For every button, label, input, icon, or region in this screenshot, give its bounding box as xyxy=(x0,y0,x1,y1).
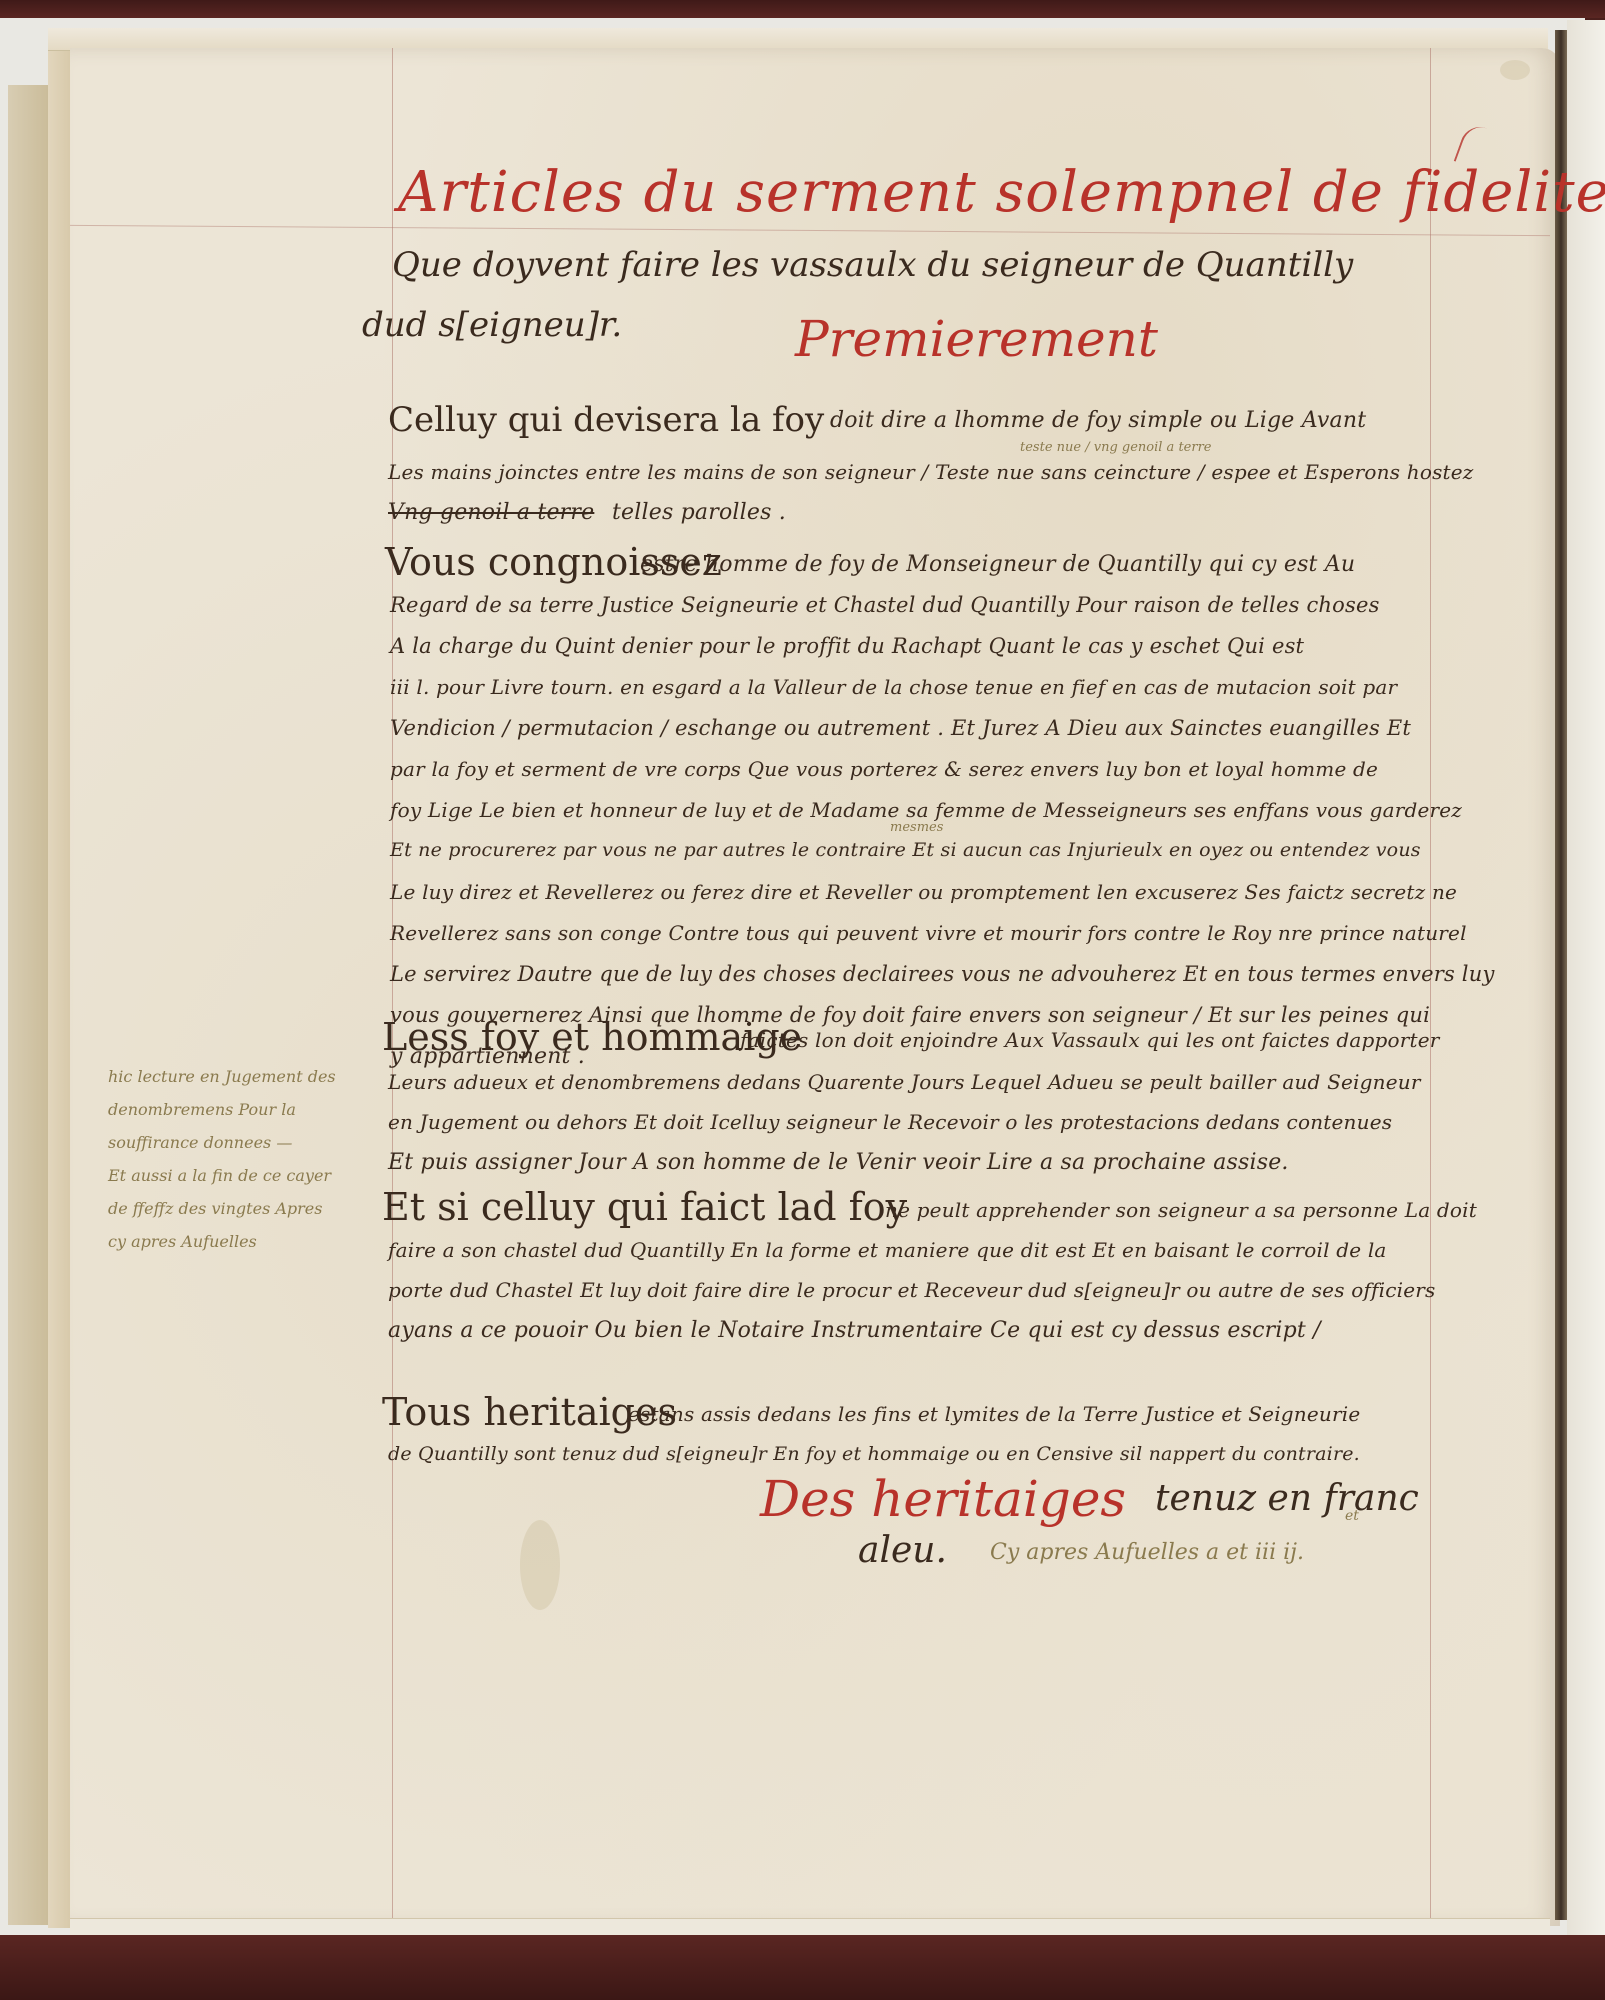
paragraph-lead: Et si celluy qui faict lad foy xyxy=(382,1185,907,1229)
text-line: par la foy et serment de vre corps Que v… xyxy=(390,757,1378,781)
facing-page-edge xyxy=(1567,20,1605,1935)
annotation-superscript: et xyxy=(1345,1508,1359,1524)
text-line: Revellerez sans son conge Contre tous qu… xyxy=(390,921,1467,945)
text-line: A la charge du Quint denier pour le prof… xyxy=(390,634,1304,658)
heading-continuation: tenuz en franc xyxy=(1155,1478,1419,1519)
subtitle-continuation: dud s[eigneu]r. xyxy=(362,305,622,345)
margin-note-line: cy apres Aufuelles xyxy=(108,1225,336,1258)
text-line: faire a son chastel dud Quantilly En la … xyxy=(388,1238,1387,1262)
text-line: iii l. pour Livre tourn. en esgard a la … xyxy=(390,675,1397,699)
text-line: estans assis dedans les fins et lymites … xyxy=(628,1402,1360,1426)
binding-cover-bottom xyxy=(0,1935,1605,2000)
text-line: Leurs adueux et denombremens dedans Quar… xyxy=(388,1070,1421,1094)
paragraph-lead: Celluy qui devisera la foy xyxy=(388,400,824,440)
interlinear-insertion: teste nue / vng genoil a terre xyxy=(1020,440,1211,455)
heading-premierement: Premierement xyxy=(795,310,1158,368)
text-line: ayans a ce pouoir Ou bien le Notaire Ins… xyxy=(388,1318,1321,1343)
text-line: telles parolles . xyxy=(612,500,786,525)
text-line: foy Lige Le bien et honneur de luy et de… xyxy=(390,798,1462,822)
text-line: ne peult apprehender son seigneur a sa p… xyxy=(885,1198,1477,1222)
text-line: de Quantilly sont tenuz dud s[eigneu]r E… xyxy=(388,1443,1360,1465)
text-line: en Jugement ou dehors Et doit Icelluy se… xyxy=(388,1110,1392,1134)
text-line: Vendicion / permutacion / eschange ou au… xyxy=(390,716,1411,740)
margin-note-line: souffirance donnees — xyxy=(108,1126,336,1159)
margin-note-line: denombremens Pour la xyxy=(108,1093,336,1126)
rubric-title: Articles du serment solempnel de fidelit… xyxy=(398,160,1605,225)
text-line: Et ne procurerez par vous ne par autres … xyxy=(390,839,1421,861)
interlinear-insertion: mesmes xyxy=(890,820,943,835)
subtitle-line: Que doyvent faire les vassaulx du seigne… xyxy=(392,245,1353,285)
text-line: faictes lon doit enjoindre Aux Vassaulx … xyxy=(740,1028,1440,1052)
later-annotation: Cy apres Aufuelles a et iii ij. xyxy=(990,1540,1304,1565)
text-line: Le servirez Dautre que de luy des choses… xyxy=(390,962,1495,986)
text-line: Le luy direz et Revellerez ou ferez dire… xyxy=(390,880,1457,904)
text-line: porte dud Chastel Et luy doit faire dire… xyxy=(388,1278,1436,1302)
binding-cover-top xyxy=(0,0,1605,18)
text-line: doit dire a lhomme de foy simple ou Lige… xyxy=(830,408,1366,433)
heading-des-heritaiges: Des heritaiges xyxy=(760,1470,1126,1528)
margin-note-line: de ffeffz des vingtes Apres xyxy=(108,1192,336,1225)
heading-continuation-line2: aleu. xyxy=(858,1530,947,1571)
struck-text: Vng genoil a terre xyxy=(388,500,594,525)
parchment-stain xyxy=(1500,60,1530,80)
marginal-annotation: hic lecture en Jugement des denombremens… xyxy=(108,1060,336,1258)
text-line: Les mains joinctes entre les mains de so… xyxy=(388,460,1474,484)
margin-note-line: Et aussi a la fin de ce cayer xyxy=(108,1159,336,1192)
parchment-stain xyxy=(520,1520,560,1610)
text-line: Et puis assigner Jour A son homme de le … xyxy=(388,1150,1289,1175)
book-gutter xyxy=(1555,30,1567,1920)
text-line: Regard de sa terre Justice Seigneurie et… xyxy=(390,593,1380,617)
margin-note-line: hic lecture en Jugement des xyxy=(108,1060,336,1093)
text-line: estre homme de foy de Monseigneur de Qua… xyxy=(640,552,1355,577)
